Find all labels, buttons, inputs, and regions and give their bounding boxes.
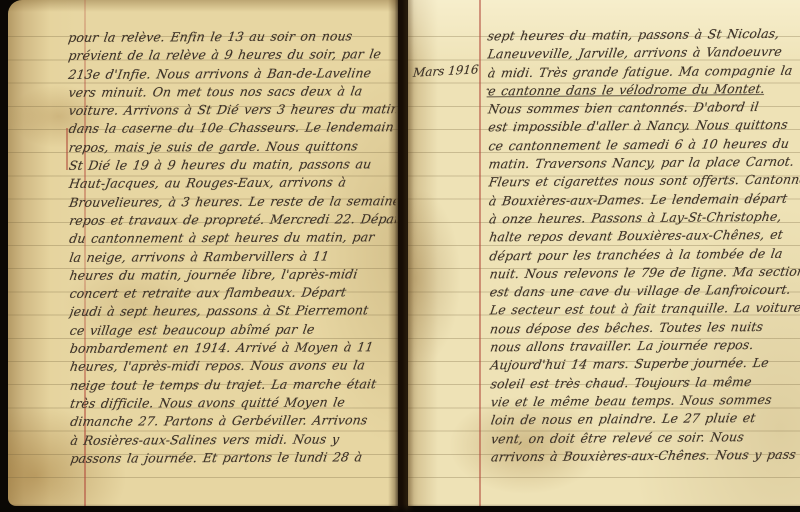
handwritten-line: ce village est beaucoup abîmé par le <box>68 320 397 340</box>
right-margin-line <box>479 0 481 506</box>
handwritten-line: est impossible d'aller à Nancy. Nous qui… <box>487 116 800 137</box>
handwritten-line: très difficile. Nous avons quitté Moyen … <box>69 393 397 413</box>
handwritten-line: voiture. Arrivons à St Dié vers 3 heures… <box>67 100 397 120</box>
handwritten-line: halte repos devant Bouxières-aux-Chênes,… <box>488 226 800 247</box>
handwritten-line: heures, l'après-midi repos. Nous avons e… <box>69 356 398 376</box>
right-page-text: sept heures du matin, passons à St Nicol… <box>486 25 800 478</box>
handwritten-line: heures du matin, journée libre, l'après-… <box>68 265 397 285</box>
handwritten-line: St Dié le 19 à 9 heures du matin, passon… <box>68 155 398 175</box>
handwritten-line: vent, on doit être relevé ce soir. Nous <box>490 427 800 448</box>
handwritten-line: 213e d'Infie. Nous arrivons à Ban-de-Lav… <box>67 64 397 84</box>
handwritten-line: à Rosières-aux-Salines vers midi. Nous y <box>69 430 397 450</box>
handwritten-line: Le secteur est tout à fait tranquille. L… <box>489 299 800 320</box>
handwritten-line: Brouvelieures, à 3 heures. Le reste de l… <box>68 192 397 212</box>
handwritten-line: du cantonnement à sept heures du matin, … <box>68 228 397 248</box>
handwritten-line: loin de nous en plaindre. Le 27 pluie et <box>490 409 800 430</box>
handwritten-line: dimanche 27. Partons à Gerbéviller. Arri… <box>69 411 397 431</box>
right-page: Mars 1916 sept heures du matin, passons … <box>408 0 800 506</box>
handwritten-line: vers minuit. On met tous nos sacs deux à… <box>67 82 397 102</box>
handwritten-line: Aujourd'hui 14 mars. Superbe journée. Le <box>489 354 800 375</box>
handwritten-line: Haut-Jacques, au Rouges-Eaux, arrivons à <box>68 174 397 194</box>
handwritten-line: la neige, arrivons à Rambervillers à 11 <box>68 247 397 267</box>
binding-gutter <box>388 0 414 512</box>
handwritten-line: pour la relève. Enfin le 13 au soir on n… <box>67 27 397 47</box>
handwritten-line: passons la journée. Et partons le lundi … <box>69 448 397 468</box>
handwritten-line: repos, mais je suis de garde. Nous quitt… <box>68 137 398 157</box>
bottom-page-edge-shadow <box>0 504 800 512</box>
handwritten-line: concert et retraite aux flambeaux. Dépar… <box>68 283 397 303</box>
handwritten-line: Laneuveville, Jarville, arrivons à Vando… <box>486 43 800 64</box>
handwritten-line: neige tout le temps du trajet. La marche… <box>69 375 397 395</box>
handwritten-line: bombardement en 1914. Arrivé à Moyen à 1… <box>69 338 398 358</box>
handwritten-line: dans la caserne du 10e Chasseurs. Le len… <box>67 119 397 139</box>
handwritten-line: prévient de la relève à 9 heures du soir… <box>67 45 397 65</box>
left-page: pour la relève. Enfin le 13 au soir on n… <box>8 0 398 506</box>
handwritten-line: arrivons à Bouxières-aux-Chênes. Nous y … <box>490 445 800 466</box>
diary-photo: { "colors": { "background": "#0b0805", "… <box>0 0 800 512</box>
handwritten-line: repos et travaux de propreté. Mercredi 2… <box>68 210 397 230</box>
handwritten-line: jeudi à sept heures, passons à St Pierre… <box>68 302 397 322</box>
left-page-text: pour la relève. Enfin le 13 au soir on n… <box>67 27 397 477</box>
handwritten-line: Fleurs et cigarettes nous sont offerts. … <box>487 171 800 192</box>
